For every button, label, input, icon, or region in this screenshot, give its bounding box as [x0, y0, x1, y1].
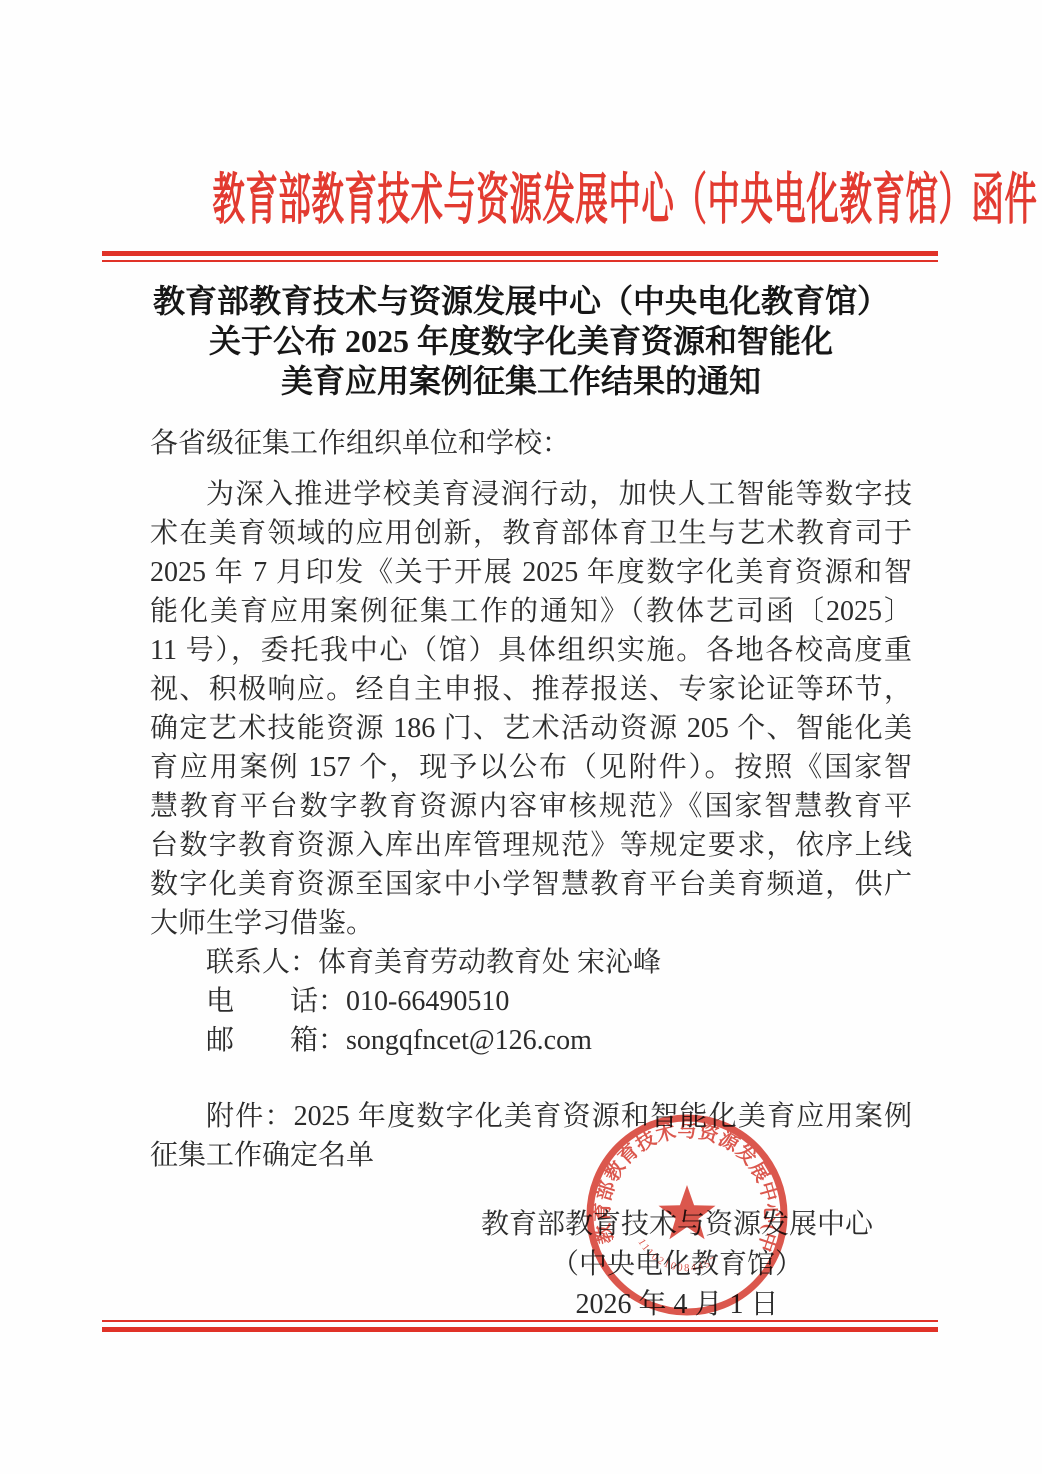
body-line: 大师生学习借鉴。	[150, 904, 912, 943]
body-line: 2025 年 7 月印发《关于开展 2025 年度数字化美育资源和智	[150, 553, 912, 592]
body-line: 慧教育平台数字教育资源内容审核规范》《国家智慧教育平	[150, 787, 912, 826]
body-line: 育应用案例 157 个，现予以公布（见附件）。按照《国家智	[150, 748, 912, 787]
main-paragraph: 为深入推进学校美育浸润行动，加快人工智能等数字技 术在美育领域的应用创新，教育部…	[150, 475, 912, 943]
top-rule-thick	[102, 251, 938, 256]
body-line: 11 号），委托我中心（馆）具体组织实施。各地各校高度重	[150, 631, 912, 670]
body-line: 台数字教育资源入库出库管理规范》等规定要求，依序上线	[150, 826, 912, 865]
contact-phone: 电 话：010-66490510	[150, 982, 912, 1021]
attachment-note: 附件：2025 年度数字化美育资源和智能化美育应用案例 征集工作确定名单	[150, 1097, 912, 1175]
document-title-line-3: 美育应用案例征集工作结果的通知	[0, 361, 1042, 401]
attachment-line-1: 附件：2025 年度数字化美育资源和智能化美育应用案例	[150, 1097, 912, 1136]
top-rule-thin	[102, 260, 938, 262]
contact-email: 邮 箱：songqfncet@126.com	[150, 1021, 912, 1060]
contact-block: 联系人：体育美育劳动教育处 宋沁峰 电 话：010-66490510 邮 箱：s…	[150, 943, 912, 1060]
bottom-rule-thin	[102, 1320, 938, 1322]
official-letter-page: 教育部教育技术与资源发展中心（中央电化教育馆）函件 教育部教育技术与资源发展中心…	[0, 0, 1042, 1474]
body-line: 视、积极响应。经自主申报、推荐报送、专家论证等环节，	[150, 670, 912, 709]
body-line: 确定艺术技能资源 186 门、艺术活动资源 205 个、智能化美	[150, 709, 912, 748]
document-body: 各省级征集工作组织单位和学校： 为深入推进学校美育浸润行动，加快人工智能等数字技…	[150, 424, 912, 1325]
bottom-rule-thick	[102, 1327, 938, 1332]
signature-block: 教育部教育技术与资源发展中心 （中央电化教育馆） 2026 年 4 月 1 日	[477, 1205, 877, 1325]
document-title-line-2: 关于公布 2025 年度数字化美育资源和智能化	[0, 321, 1042, 361]
body-line: 数字化美育资源至国家中小学智慧教育平台美育频道，供广	[150, 865, 912, 904]
body-line: 术在美育领域的应用创新，教育部体育卫生与艺术教育司于	[150, 514, 912, 553]
contact-person: 联系人：体育美育劳动教育处 宋沁峰	[150, 943, 912, 982]
signature-date: 2026 年 4 月 1 日	[477, 1285, 877, 1325]
body-line: 为深入推进学校美育浸润行动，加快人工智能等数字技	[150, 475, 912, 514]
letterhead-title: 教育部教育技术与资源发展中心（中央电化教育馆）函件	[213, 156, 1038, 236]
letterhead: 教育部教育技术与资源发展中心（中央电化教育馆）函件	[0, 156, 1042, 226]
signature-org-line-2: （中央电化教育馆）	[477, 1245, 877, 1285]
document-title: 教育部教育技术与资源发展中心（中央电化教育馆） 关于公布 2025 年度数字化美…	[0, 281, 1042, 401]
signature-org-line-1: 教育部教育技术与资源发展中心	[477, 1205, 877, 1245]
attachment-line-2: 征集工作确定名单	[150, 1136, 912, 1175]
document-title-line-1: 教育部教育技术与资源发展中心（中央电化教育馆）	[0, 281, 1042, 321]
salutation: 各省级征集工作组织单位和学校：	[150, 424, 912, 464]
body-line: 能化美育应用案例征集工作的通知》（教体艺司函〔2025〕	[150, 592, 912, 631]
